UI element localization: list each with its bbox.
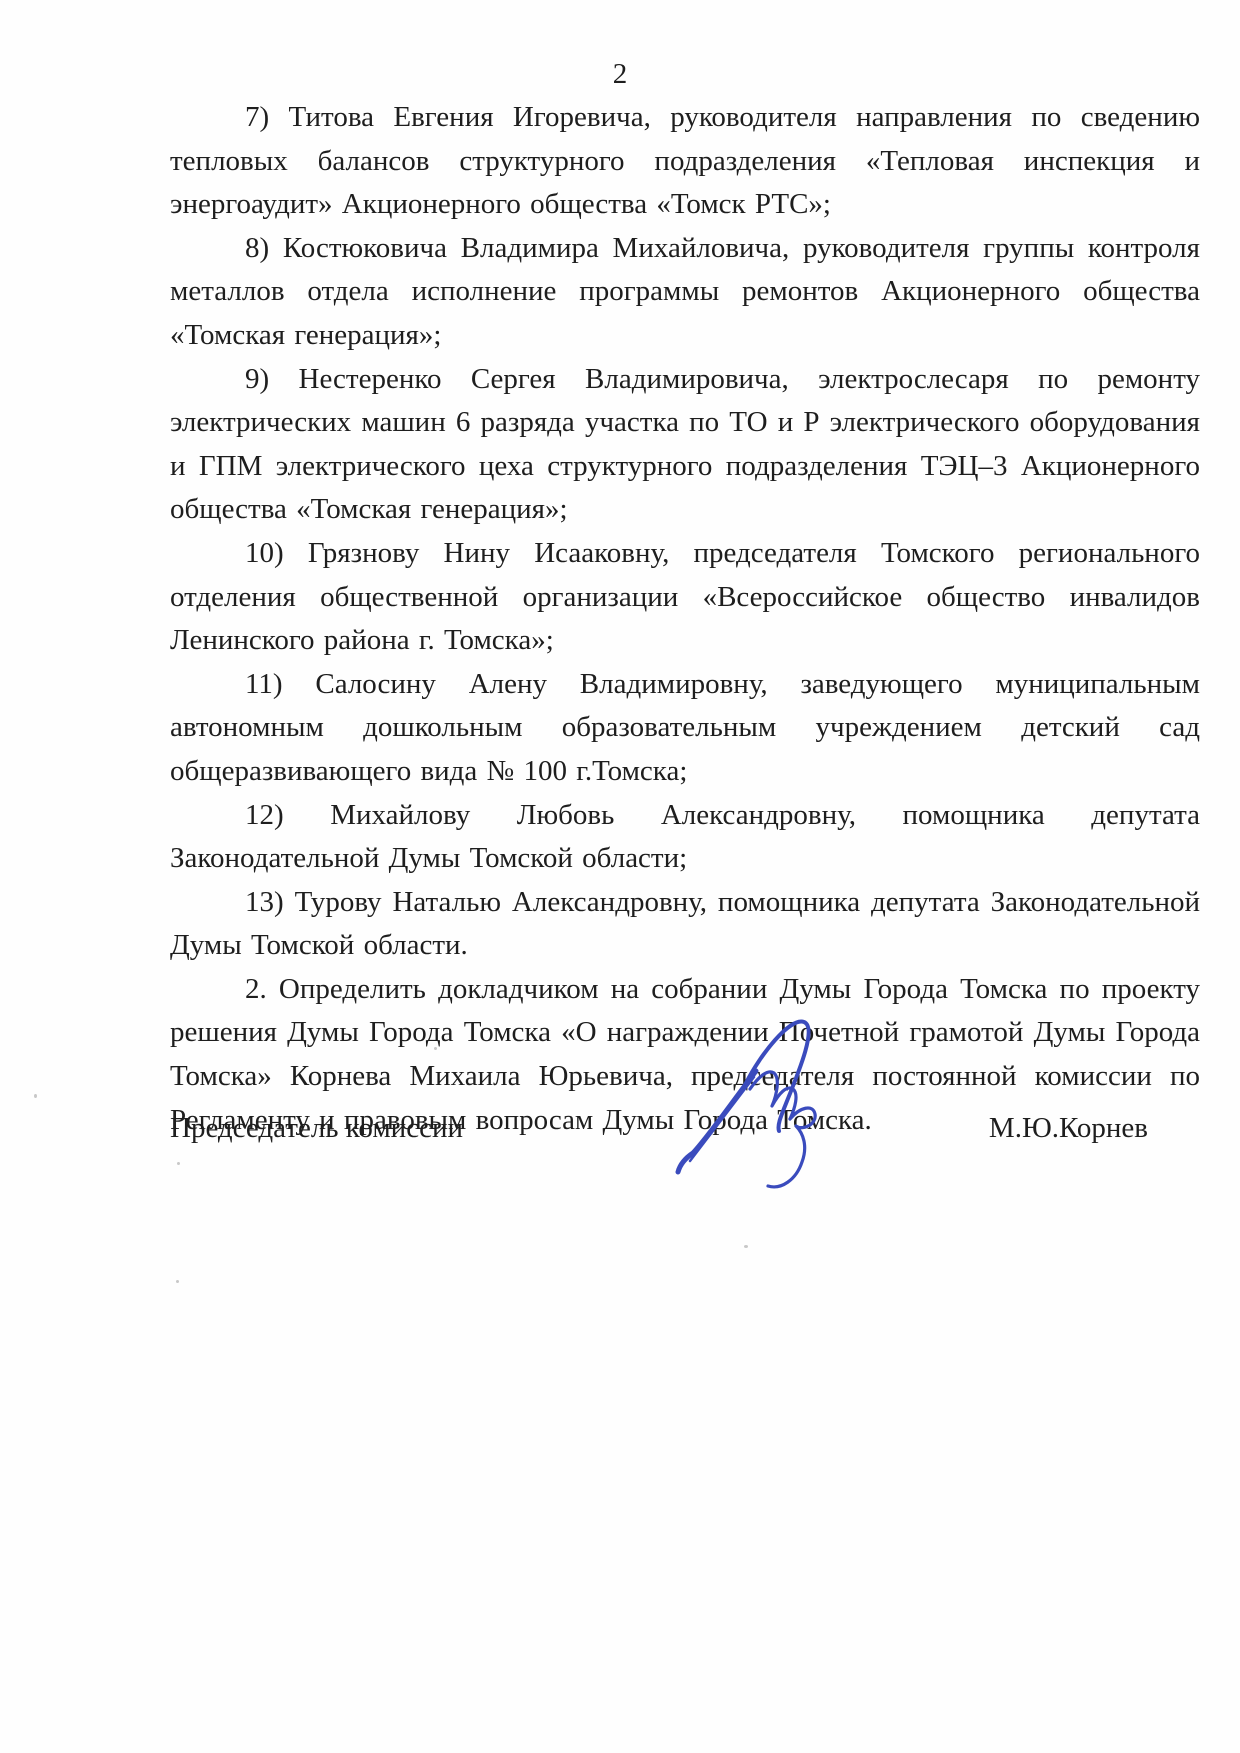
scan-speck <box>434 1047 437 1050</box>
document-page: 2 7) Титова Евгения Игоревича, руководит… <box>0 0 1240 1753</box>
signer-role: Председатель комиссии <box>170 1112 463 1145</box>
list-item-8: 8) Костюковича Владимира Михайловича, ру… <box>170 227 1200 358</box>
scan-speck <box>176 1280 179 1283</box>
scan-speck <box>744 1245 748 1248</box>
list-item-11: 11) Салосину Алену Владимировну, заведую… <box>170 663 1200 794</box>
page-number: 2 <box>0 58 1240 90</box>
signer-name: М.Ю.Корнев <box>989 1112 1200 1145</box>
list-item-7: 7) Титова Евгения Игоревича, руководител… <box>170 96 1200 227</box>
list-item-9: 9) Нестеренко Сергея Владимировича, элек… <box>170 358 1200 532</box>
scan-speck <box>34 1094 37 1098</box>
handwritten-signature-icon <box>650 1008 840 1200</box>
list-item-12: 12) Михайлову Любовь Александровну, помо… <box>170 794 1200 881</box>
list-item-10: 10) Грязнову Нину Исааковну, председател… <box>170 532 1200 663</box>
scan-speck <box>177 1162 180 1165</box>
list-item-13: 13) Турову Наталью Александровну, помощн… <box>170 881 1200 968</box>
document-body: 7) Титова Евгения Игоревича, руководител… <box>170 96 1200 1142</box>
